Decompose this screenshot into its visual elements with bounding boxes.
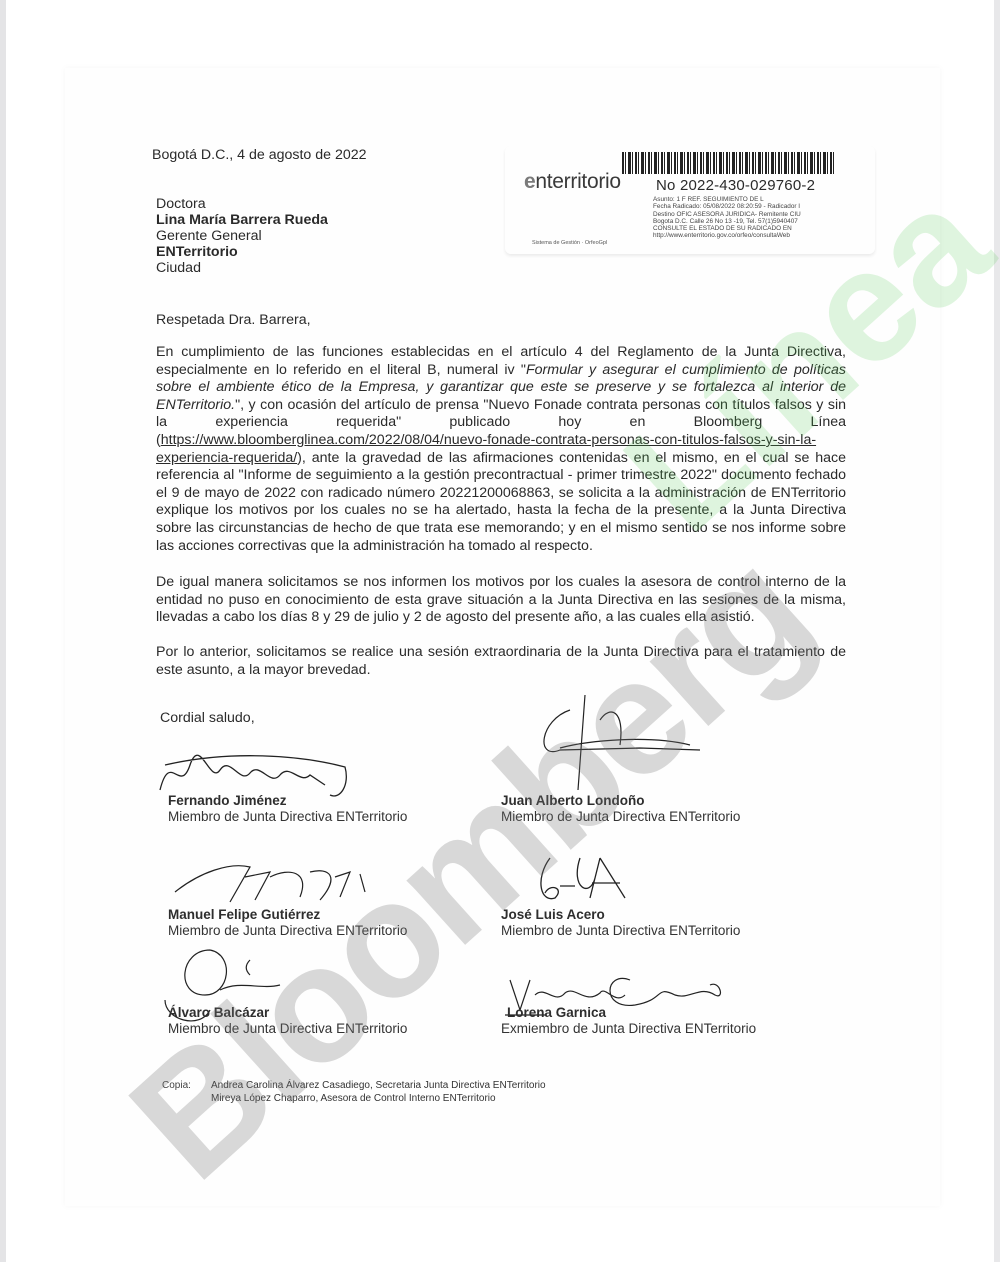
recipient-title: Doctora	[156, 196, 206, 213]
closing: Cordial saludo,	[160, 710, 255, 727]
barcode	[622, 152, 836, 174]
signatory-name: José Luis Acero	[501, 907, 605, 922]
paragraph-1: En cumplimiento de las funciones estable…	[156, 344, 846, 555]
filing-number: No 2022-430-029760-2	[656, 177, 815, 194]
place-date: Bogotá D.C., 4 de agosto de 2022	[152, 147, 367, 164]
signatory-role: Miembro de Junta Directiva ENTerritorio	[501, 923, 740, 938]
paragraph-2: De igual manera solicitamos se nos infor…	[156, 574, 846, 627]
logo-text: nterritorio	[535, 170, 620, 193]
meta-line: Bogota D.C. Calle 26 No 13 -19, Tel. 57(…	[653, 218, 801, 225]
recipient-name: Lina María Barrera Rueda	[156, 212, 328, 229]
signature-manuel-felipe-gutierrez	[170, 852, 390, 907]
copy-recipient: Andrea Carolina Álvarez Casadiego, Secre…	[211, 1080, 546, 1091]
meta-line: http://www.enterritorio.gov.co/orfeo/con…	[653, 232, 801, 239]
signatory-role: Miembro de Junta Directiva ENTerritorio	[501, 809, 740, 824]
paragraph-3: Por lo anterior, solicitamos se realice …	[156, 644, 846, 679]
salutation: Respetada Dra. Barrera,	[156, 312, 311, 329]
recipient-position: Gerente General	[156, 228, 262, 245]
copy-label: Copia:	[162, 1080, 191, 1091]
recipient-entity: ENTerritorio	[156, 244, 238, 261]
signatory-name: Manuel Felipe Gutiérrez	[168, 907, 320, 922]
signatory-name: Álvaro Balcázar	[168, 1005, 269, 1020]
page-frame-left	[0, 0, 6, 1262]
copy-recipient: Mireya López Chaparro, Asesora de Contro…	[211, 1093, 496, 1104]
filing-meta: Asunto: 1 F REF. SEGUIMIENTO DE L Fecha …	[653, 196, 801, 240]
signatory-name: Fernando Jiménez	[168, 793, 287, 808]
page-frame-right	[994, 0, 1000, 1262]
meta-line: Fecha Radicado: 05/08/2022 08:20:59 - Ra…	[653, 203, 801, 210]
recipient-city: Ciudad	[156, 260, 201, 277]
management-system-label: Sistema de Gestión · OrfeoGpl	[532, 240, 607, 246]
meta-line: Destino OFIC ASESORA JURIDICA- Remitente…	[653, 211, 801, 218]
enterritorio-logo: enterritorio	[524, 170, 621, 194]
signature-juan-alberto-londono	[530, 690, 720, 795]
signatory-role: Exmiembro de Junta Directiva ENTerritori…	[501, 1021, 756, 1036]
signatory-role: Miembro de Junta Directiva ENTerritorio	[168, 1021, 407, 1036]
signatory-name: Juan Alberto Londoño	[501, 793, 644, 808]
signatory-role: Miembro de Junta Directiva ENTerritorio	[168, 923, 407, 938]
signatory-role: Miembro de Junta Directiva ENTerritorio	[168, 809, 407, 824]
meta-line: Asunto: 1 F REF. SEGUIMIENTO DE L	[653, 196, 801, 203]
meta-line: CONSULTE EL ESTADO DE SU RADICADO EN	[653, 225, 801, 232]
signatory-name: Lorena Garnica	[507, 1005, 606, 1020]
signature-jose-luis-acero	[530, 848, 640, 908]
logo-mark: e	[524, 170, 535, 193]
